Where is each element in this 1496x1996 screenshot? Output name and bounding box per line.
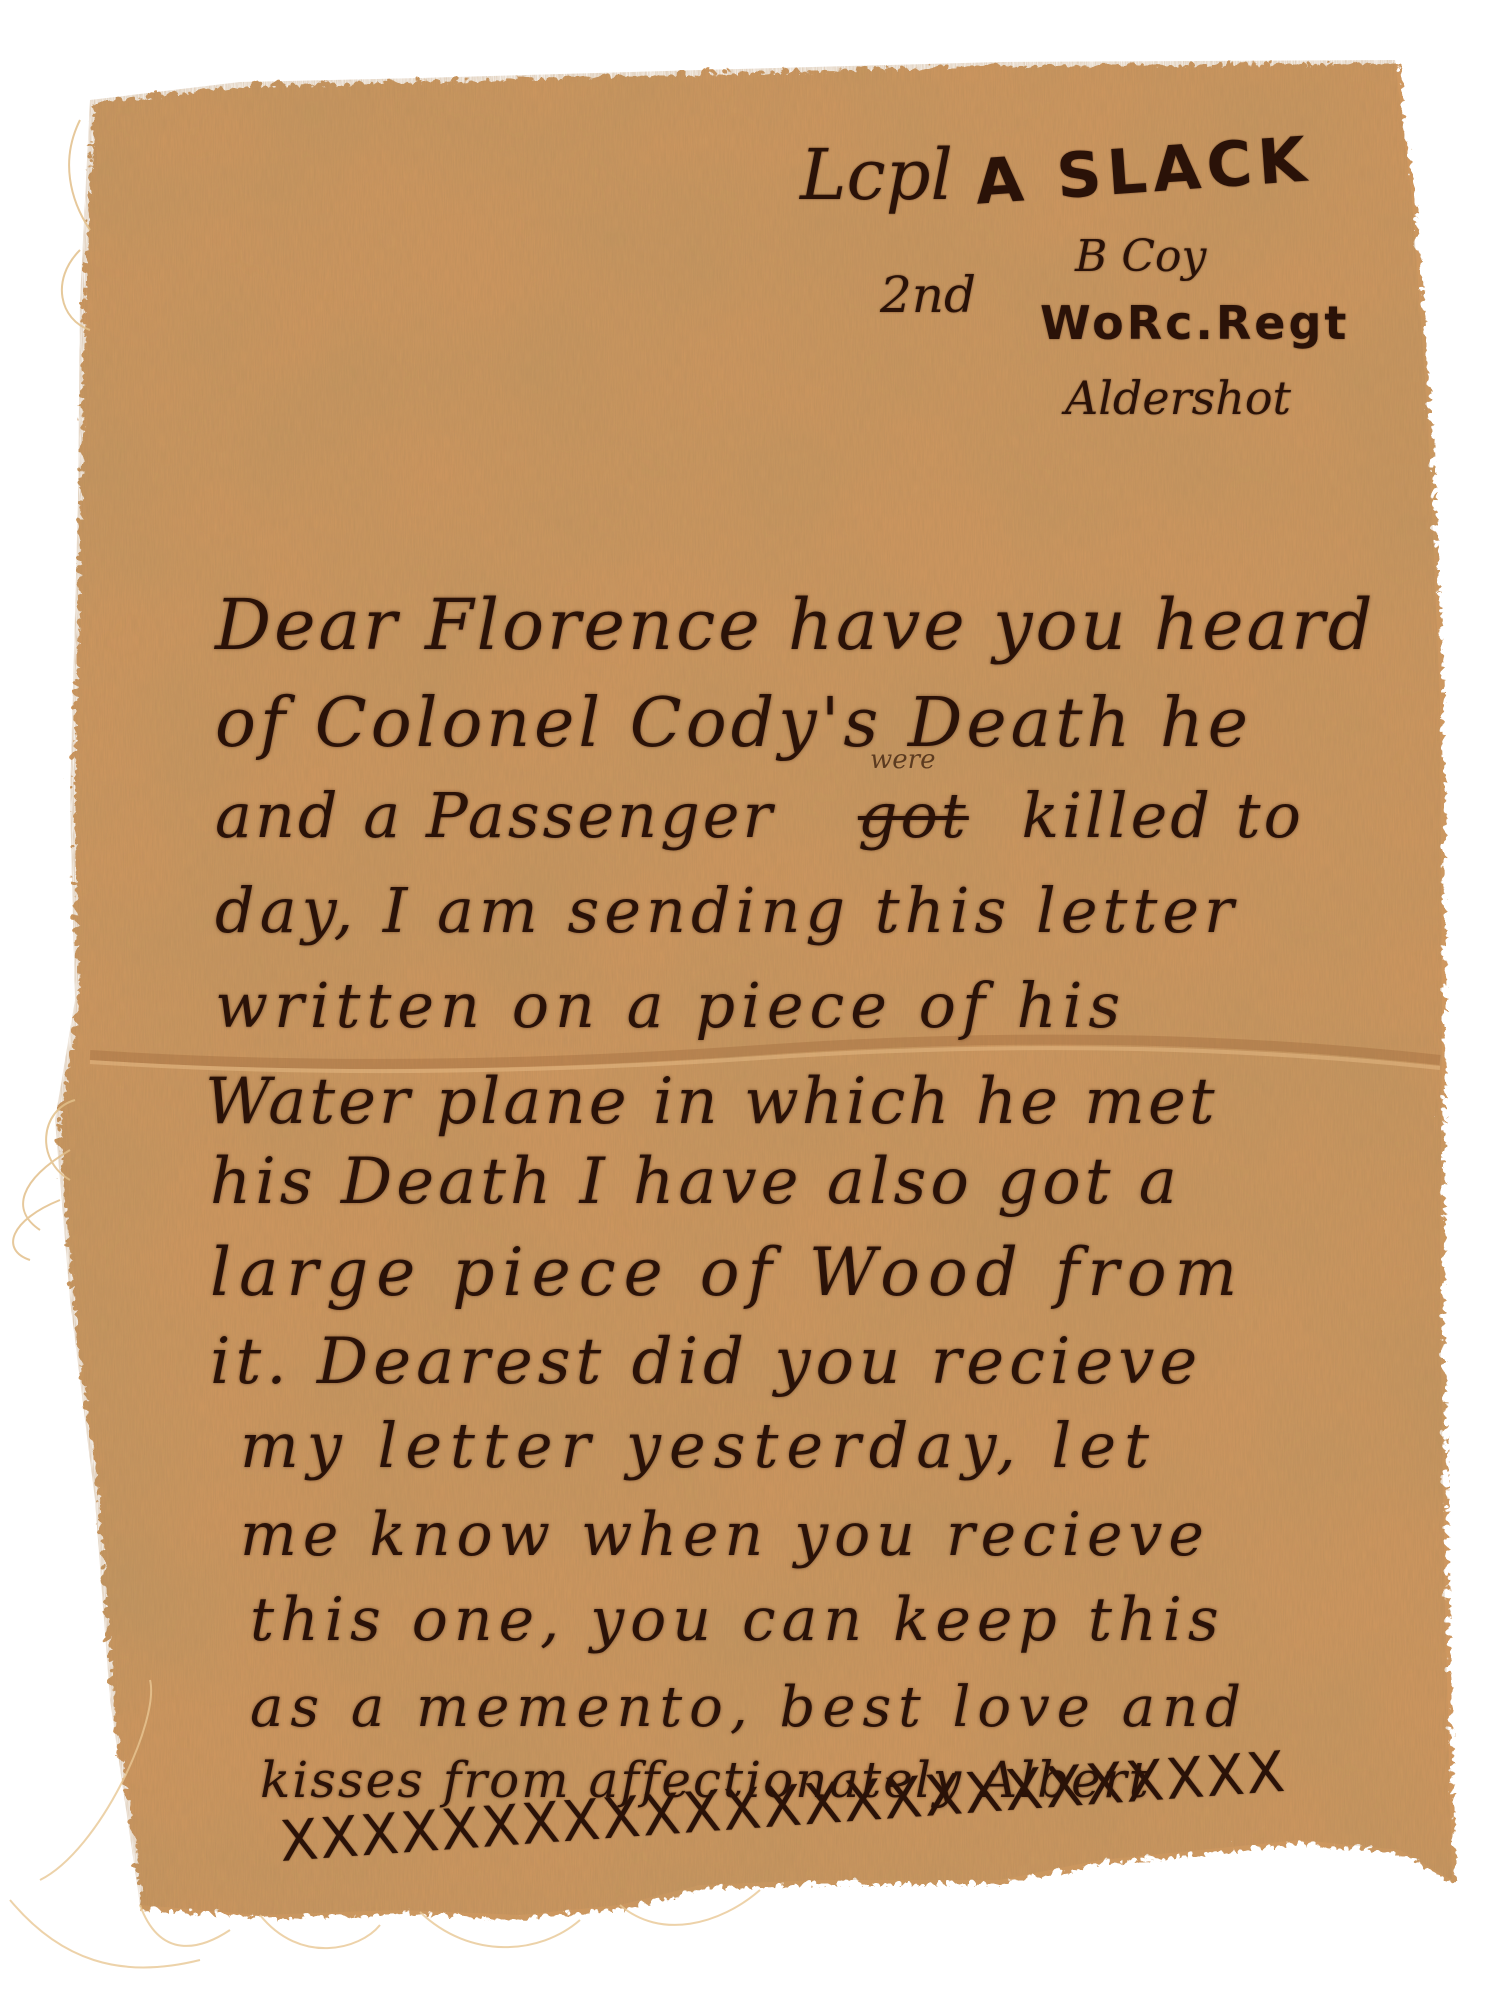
sender-name: A SLACK	[973, 128, 1314, 213]
body-line-10: my letter yesterday, let	[240, 1415, 1157, 1477]
location: Aldershot	[1065, 375, 1291, 421]
company: B Coy	[1075, 235, 1206, 279]
letter-content: Lcpl A SLACK B Coy 2nd WoRc.Regt Aldersh…	[0, 0, 1496, 1996]
body-line-11: me know when you recieve	[240, 1505, 1210, 1565]
body-line-5: written on a piece of his	[215, 975, 1126, 1037]
body-line-3: and a Passenger got killed to	[215, 785, 1304, 847]
body-line-3-end: killed to	[1022, 779, 1304, 852]
body-line-7: his Death I have also got a	[210, 1150, 1181, 1214]
sender-rank: Lcpl	[800, 140, 953, 210]
struck-word: got	[858, 779, 969, 852]
body-line-3-start: and a Passenger	[215, 779, 775, 852]
body-line-6: Water plane in which he met	[205, 1070, 1218, 1134]
body-line-1: Dear Florence have you heard	[215, 590, 1376, 660]
body-line-9: it. Dearest did you recieve	[210, 1330, 1202, 1394]
body-line-2: of Colonel Cody's Death he	[215, 690, 1252, 758]
body-line-4: day, I am sending this letter	[215, 880, 1239, 942]
inserted-word: were	[870, 745, 935, 775]
battalion: 2nd	[880, 270, 976, 320]
regiment: WoRc.Regt	[1040, 300, 1349, 346]
body-line-12: this one, you can keep this	[250, 1590, 1225, 1650]
body-line-13: as a memento, best love and	[250, 1680, 1248, 1736]
body-line-8: large piece of Wood from	[210, 1240, 1245, 1306]
